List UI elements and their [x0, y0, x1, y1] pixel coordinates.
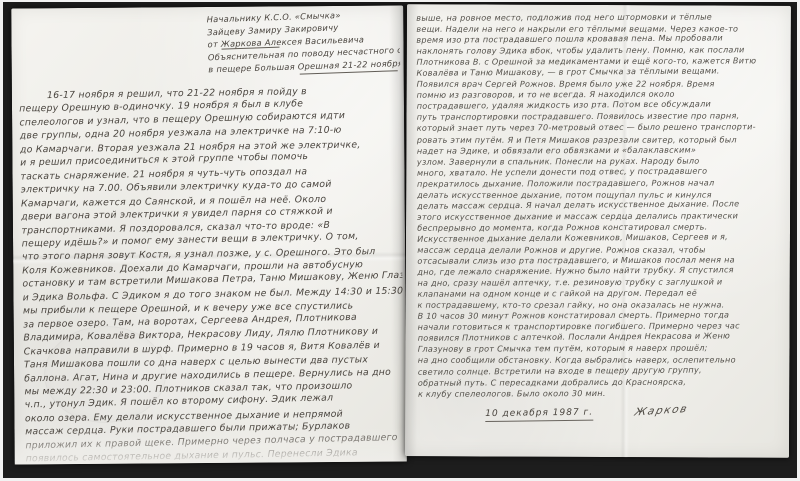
signature: Жарков	[633, 403, 689, 418]
handwritten-line: прекратилось дыхание. Положили пострадав…	[417, 177, 783, 190]
handwritten-line: к клубу спелеологов. Было около 30 мин.	[418, 387, 784, 400]
photo-background: Начальнику К.С.О. «Смычка»Зайцеву Замиру…	[3, 2, 797, 478]
letter-header: Начальнику К.С.О. «Смычка»Зайцеву Замиру…	[207, 7, 401, 76]
left-page: Начальнику К.С.О. «Смычка»Зайцеву Замиру…	[11, 5, 407, 464]
handwritten-line: Ковалёва и Таню Мишакову, — в грот Смычк…	[416, 65, 782, 79]
handwritten-line: выше, на ровное место, подложив под него…	[416, 11, 782, 24]
letter-date: 10 декабря 1987 г.	[485, 408, 593, 422]
handwritten-line: клапанами на одном конце и с гайкой на д…	[417, 287, 783, 300]
right-page: выше, на ровное место, подложив под него…	[405, 4, 791, 458]
letter-body-page2: выше, на ровное место, подложив под него…	[416, 11, 784, 399]
handwritten-line: Появился врач Сергей Рожнов. Время было …	[417, 79, 783, 90]
handwritten-line: к пострадавшему, кто-то срезал гайку, но…	[418, 300, 784, 311]
letter-body-page1: 16-17 ноября я решил, что 21-22 ноября я…	[19, 83, 406, 467]
handwritten-line: светило солнце. Встретили на входе в пещ…	[418, 363, 784, 377]
handwritten-line: массаж сердца делали Рожнов и другие. Ро…	[417, 244, 783, 255]
handwritten-line: Искусственное дыхание делали Кожевников,…	[417, 231, 783, 245]
handwritten-line: этого искусственное дыхание и массаж сер…	[417, 210, 783, 223]
handwritten-line: который знает путь через 70-метровый отв…	[417, 122, 783, 135]
handwritten-line: ровать этим путём. Я и Петя Мишаков разр…	[417, 134, 783, 145]
handwritten-line: Глазунову в грот Смычка тем путём, котор…	[418, 343, 784, 356]
date-row: 10 декабря 1987 г. Жарков	[485, 403, 775, 422]
